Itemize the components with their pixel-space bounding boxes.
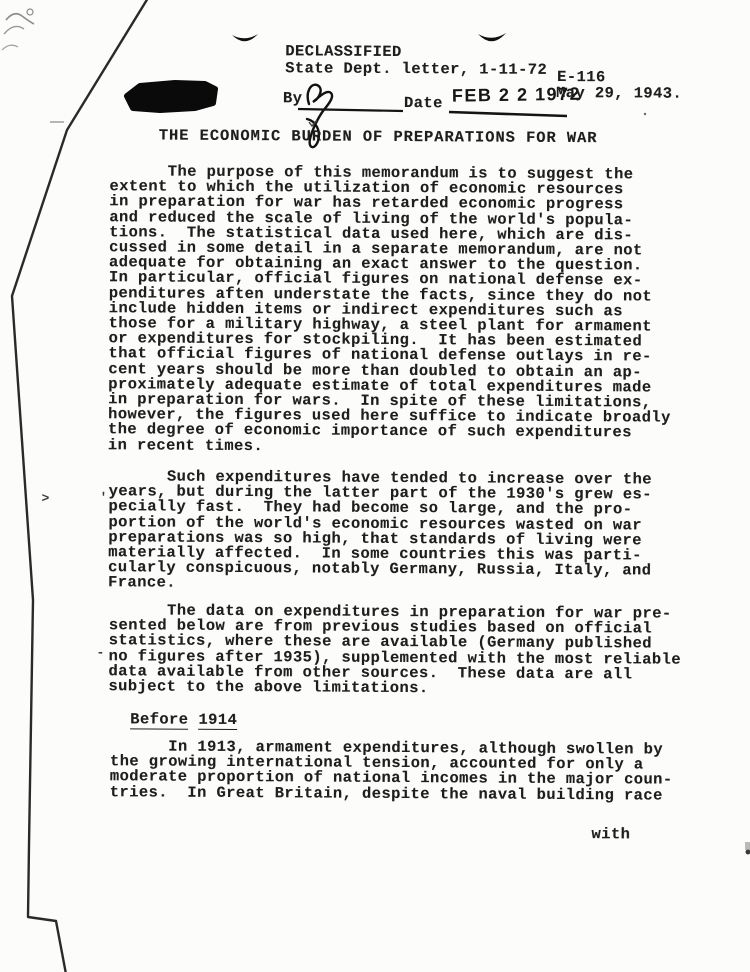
declassified-label: DECLASSIFIED xyxy=(285,44,402,60)
catchword: with xyxy=(591,827,630,842)
by-label: By xyxy=(283,91,302,106)
paragraph-3: The data on expenditures in preparation … xyxy=(108,603,681,698)
document-title: THE ECONOMIC BURDEN OF PREPARATIONS FOR … xyxy=(159,129,598,147)
date-label: Date xyxy=(404,96,443,111)
scanned-document-page: DECLASSIFIED State Dept. letter, 1-11-72… xyxy=(0,0,750,972)
declassification-authority: State Dept. letter, 1-11-72 xyxy=(285,61,547,78)
document-text-layer: DECLASSIFIED State Dept. letter, 1-11-72… xyxy=(0,0,750,972)
section-heading-word-1: Before xyxy=(130,712,188,730)
section-heading-word-2: 1914 xyxy=(198,713,237,730)
section-heading: Before1914 xyxy=(130,712,237,730)
paragraph-1: The purpose of this memorandum is to sug… xyxy=(108,164,672,456)
paragraph-2: Such expenditures have tended to increas… xyxy=(108,469,652,594)
margin-artifact-angle: > xyxy=(41,492,49,505)
margin-artifact-apostrophe: ' xyxy=(99,491,107,504)
margin-artifact-dash: - xyxy=(97,646,105,659)
document-date: May 29, 1943. xyxy=(556,86,682,102)
paragraph-4: In 1913, armament expenditures, although… xyxy=(110,739,673,803)
